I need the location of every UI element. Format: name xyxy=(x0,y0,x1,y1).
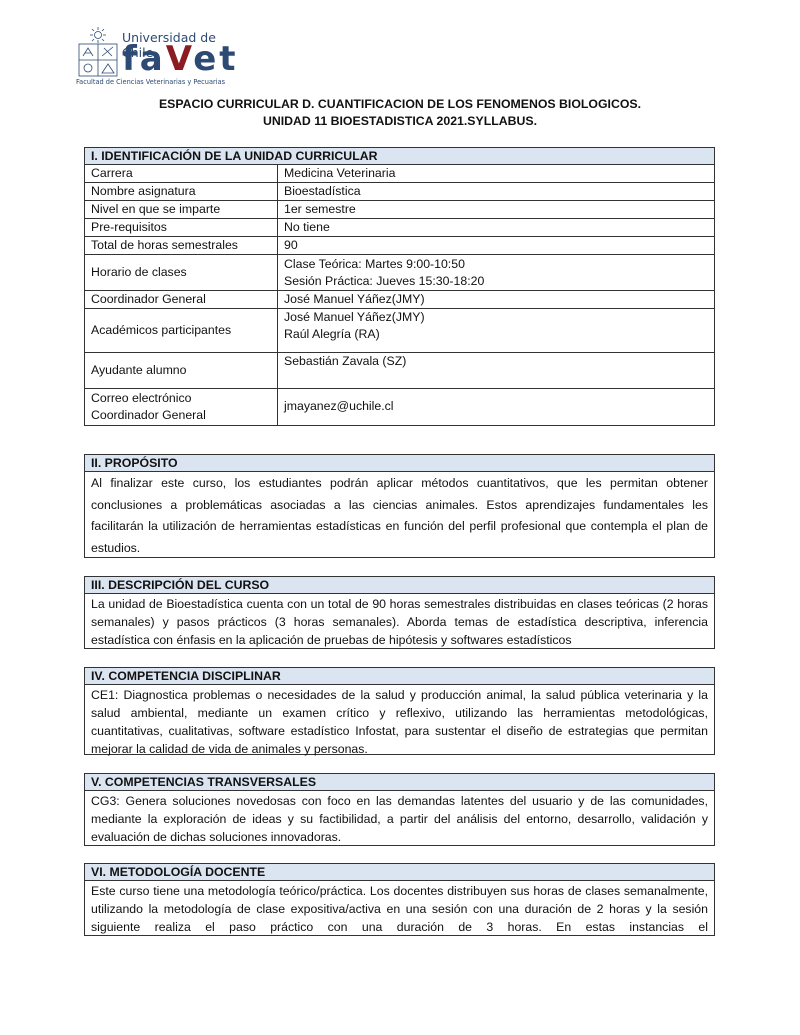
section-competencias-transversales: V. COMPETENCIAS TRANSVERSALES CG3: Gener… xyxy=(84,773,715,846)
row-value-line: Bioestadística xyxy=(284,183,708,200)
table-row: Total de horas semestrales90 xyxy=(85,237,714,255)
row-label: Ayudante alumno xyxy=(85,353,278,389)
identification-table: CarreraMedicina VeterinariaNombre asigna… xyxy=(85,165,714,425)
table-row: Nombre asignaturaBioestadística xyxy=(85,183,714,201)
row-value: Clase Teórica: Martes 9:00-10:50Sesión P… xyxy=(278,255,715,291)
brand-v: V xyxy=(166,39,193,79)
section-heading: IV. COMPETENCIA DISCIPLINAR xyxy=(85,668,714,685)
row-value-line: jmayanez@uchile.cl xyxy=(284,398,708,415)
brand-wordmark: faVet xyxy=(122,42,239,76)
section-metodologia-docente: VI. METODOLOGÍA DOCENTE Este curso tiene… xyxy=(84,863,715,936)
row-value-line: Sesión Práctica: Jueves 15:30-18:20 xyxy=(284,273,708,290)
faculty-name: Facultad de Ciencias Veterinarias y Pecu… xyxy=(76,78,225,86)
row-label-line: Académicos participantes xyxy=(91,322,271,339)
row-label: Horario de clases xyxy=(85,255,278,291)
row-label-line: Carrera xyxy=(91,165,271,182)
row-value-line: Sebastián Zavala (SZ) xyxy=(284,353,708,370)
row-value: José Manuel Yáñez(JMY)Raúl Alegría (RA) xyxy=(278,309,715,353)
section-identificacion: I. IDENTIFICACIÓN DE LA UNIDAD CURRICULA… xyxy=(84,147,715,426)
row-label-line: Nombre asignatura xyxy=(91,183,271,200)
row-value-line: 1er semestre xyxy=(284,201,708,218)
row-label: Académicos participantes xyxy=(85,309,278,353)
favet-logo: Universidad de Chile faVet Facultad de C… xyxy=(76,26,236,88)
section-competencia-disciplinar: IV. COMPETENCIA DISCIPLINAR CE1: Diagnos… xyxy=(84,667,715,755)
table-row: Nivel en que se imparte1er semestre xyxy=(85,201,714,219)
row-value: Sebastián Zavala (SZ) xyxy=(278,353,715,389)
table-row: Coordinador GeneralJosé Manuel Yáñez(JMY… xyxy=(85,291,714,309)
section-heading: I. IDENTIFICACIÓN DE LA UNIDAD CURRICULA… xyxy=(85,148,714,165)
section-body: Al finalizar este curso, los estudiantes… xyxy=(85,472,714,559)
table-row: Ayudante alumnoSebastián Zavala (SZ) xyxy=(85,353,714,389)
row-value-line: José Manuel Yáñez(JMY) xyxy=(284,309,708,326)
row-value-line: José Manuel Yáñez(JMY) xyxy=(284,291,708,308)
row-label-line: Pre-requisitos xyxy=(91,219,271,236)
university-crest-icon xyxy=(76,26,120,78)
row-label: Carrera xyxy=(85,165,278,183)
table-row: Correo electrónicoCoordinador Generaljma… xyxy=(85,389,714,425)
row-label-line: Total de horas semestrales xyxy=(91,237,271,254)
row-label-line: Coordinador General xyxy=(91,407,271,424)
row-value: No tiene xyxy=(278,219,715,237)
table-row: Académicos participantesJosé Manuel Yáñe… xyxy=(85,309,714,353)
row-value-line: Medicina Veterinaria xyxy=(284,165,708,182)
row-value: José Manuel Yáñez(JMY) xyxy=(278,291,715,309)
row-value: Bioestadística xyxy=(278,183,715,201)
table-row: Pre-requisitosNo tiene xyxy=(85,219,714,237)
row-value: 90 xyxy=(278,237,715,255)
section-heading: II. PROPÓSITO xyxy=(85,455,714,472)
document-title-line2: UNIDAD 11 BIOESTADISTICA 2021.SYLLABUS. xyxy=(0,114,800,128)
table-row: CarreraMedicina Veterinaria xyxy=(85,165,714,183)
section-body: La unidad de Bioestadística cuenta con u… xyxy=(85,594,714,649)
row-label: Pre-requisitos xyxy=(85,219,278,237)
row-label-line: Ayudante alumno xyxy=(91,362,271,379)
row-value: jmayanez@uchile.cl xyxy=(278,389,715,425)
row-label-line: Nivel en que se imparte xyxy=(91,201,271,218)
row-label: Total de horas semestrales xyxy=(85,237,278,255)
row-label-line: Coordinador General xyxy=(91,291,271,308)
row-value-line: Raúl Alegría (RA) xyxy=(284,326,708,343)
section-descripcion: III. DESCRIPCIÓN DEL CURSO La unidad de … xyxy=(84,576,715,649)
section-body: CG3: Genera soluciones novedosas con foc… xyxy=(85,791,714,846)
document-title-line1: ESPACIO CURRICULAR D. CUANTIFICACION DE … xyxy=(0,97,800,111)
row-label: Correo electrónicoCoordinador General xyxy=(85,389,278,425)
row-label-line: Correo electrónico xyxy=(91,390,271,407)
section-body: CE1: Diagnostica problemas o necesidades… xyxy=(85,685,714,758)
section-proposito: II. PROPÓSITO Al finalizar este curso, l… xyxy=(84,454,715,558)
row-value: Medicina Veterinaria xyxy=(278,165,715,183)
row-value-line: Clase Teórica: Martes 9:00-10:50 xyxy=(284,256,708,273)
row-label: Nivel en que se imparte xyxy=(85,201,278,219)
section-body: Este curso tiene una metodología teórico… xyxy=(85,881,714,936)
row-value-line: No tiene xyxy=(284,219,708,236)
brand-prefix: fa xyxy=(122,39,166,79)
brand-suffix: et xyxy=(193,39,238,79)
row-value-line: 90 xyxy=(284,237,708,254)
row-label: Coordinador General xyxy=(85,291,278,309)
section-heading: V. COMPETENCIAS TRANSVERSALES xyxy=(85,774,714,791)
row-label: Nombre asignatura xyxy=(85,183,278,201)
row-label-line: Horario de clases xyxy=(91,264,271,281)
section-heading: VI. METODOLOGÍA DOCENTE xyxy=(85,864,714,881)
table-row: Horario de clasesClase Teórica: Martes 9… xyxy=(85,255,714,291)
section-heading: III. DESCRIPCIÓN DEL CURSO xyxy=(85,577,714,594)
row-value: 1er semestre xyxy=(278,201,715,219)
